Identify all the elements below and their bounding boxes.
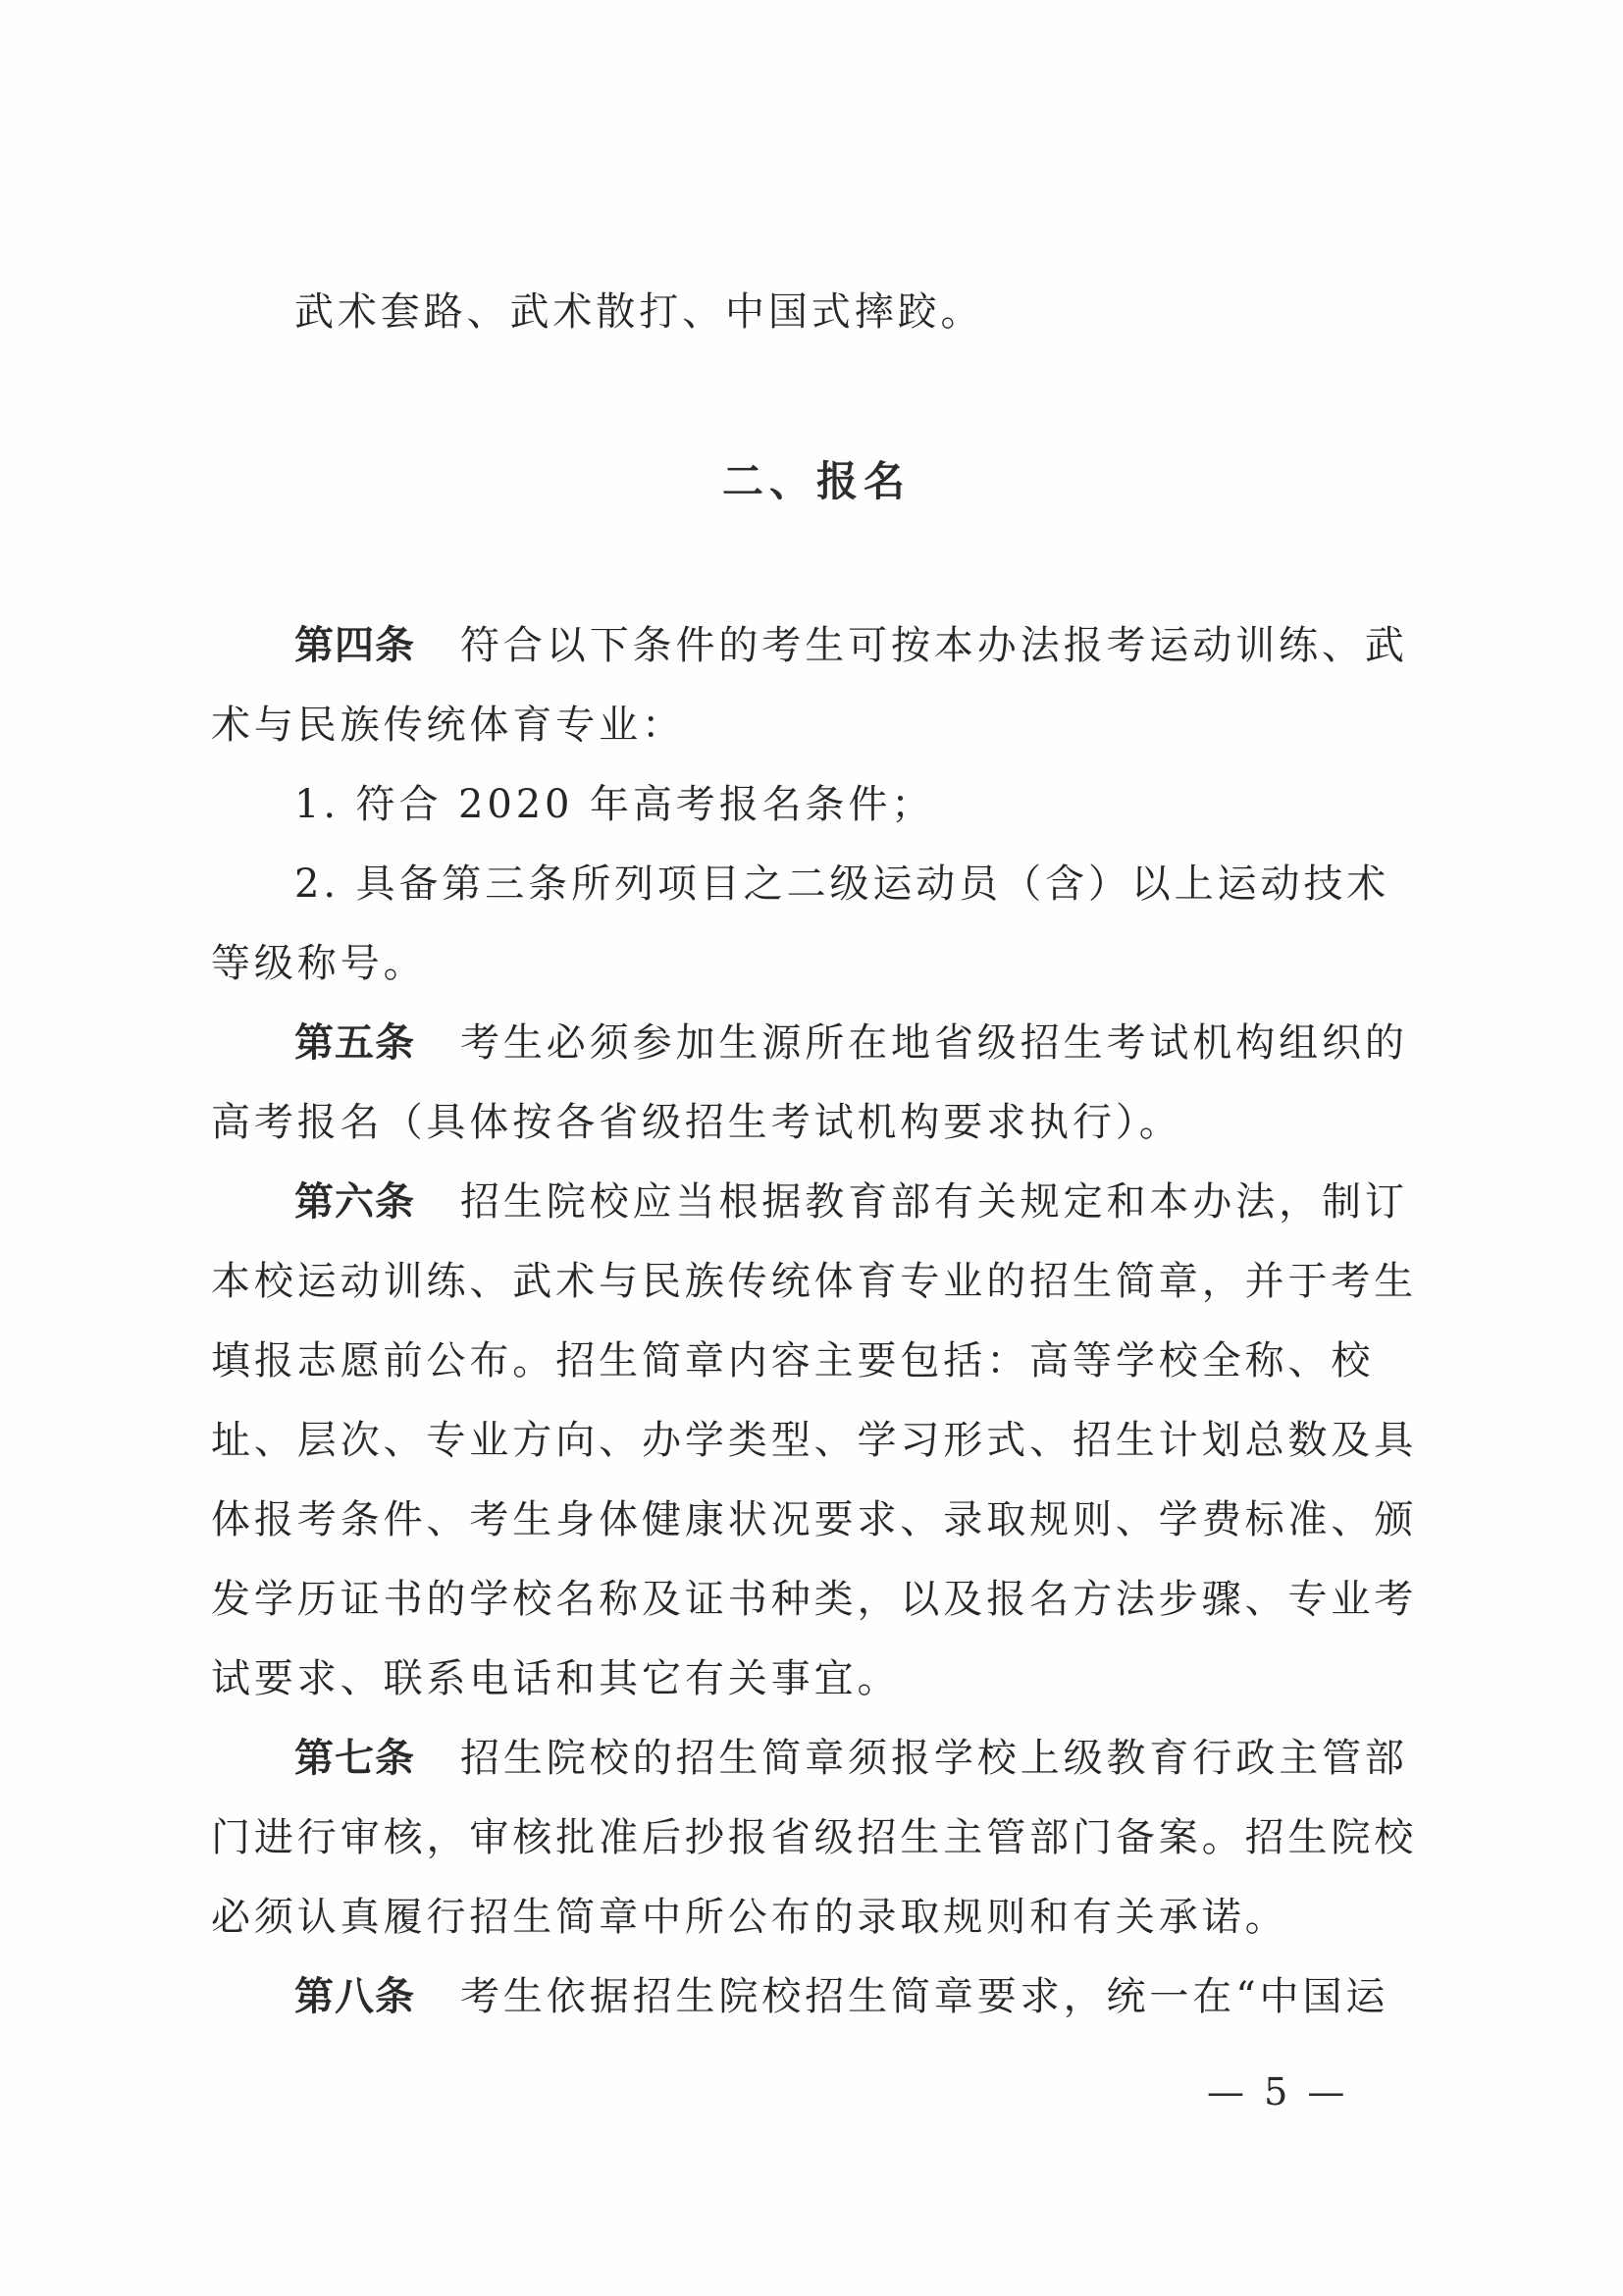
article-4-item-2-line-1: 2. 具备第三条所列项目之二级运动员（含）以上运动技术 (294, 860, 1418, 909)
article-6-line-1: 第六条招生院校应当根据教育部有关规定和本办法，制订 (294, 1177, 1418, 1226)
section-heading: 二、报名 (0, 454, 1623, 509)
article-6-line-5: 体报考条件、考生身体健康状况要求、录取规则、学费标准、颁 (211, 1495, 1418, 1544)
article-8-text: 考生依据招生院校招生简章要求，统一在“中国运 (460, 1974, 1388, 2019)
article-4-label: 第四条 (294, 623, 415, 668)
page-number: — 5 — (1207, 2068, 1348, 2115)
article-5-line-1: 第五条考生必须参加生源所在地省级招生考试机构组织的 (294, 1018, 1418, 1068)
article-7-line-3: 必须认真履行招生简章中所公布的录取规则和有关承诺。 (211, 1893, 1418, 1942)
article-6-line-6: 发学历证书的学校名称及证书种类，以及报名方法步骤、专业考 (211, 1575, 1418, 1624)
document-page: 武术套路、武术散打、中国式摔跤。 二、报名 第四条符合以下条件的考生可按本办法报… (0, 0, 1623, 2296)
article-6-text: 招生院校应当根据教育部有关规定和本办法，制订 (460, 1179, 1408, 1225)
article-4-item-1: 1. 符合 2020 年高考报名条件； (294, 780, 1418, 829)
article-7-label: 第七条 (294, 1736, 415, 1781)
continuation-line: 武术套路、武术散打、中国式摔跤。 (294, 287, 1418, 337)
article-8-label: 第八条 (294, 1974, 415, 2019)
article-8-line-1: 第八条考生依据招生院校招生简章要求，统一在“中国运 (294, 1972, 1418, 2021)
article-4-item-2-line-2: 等级称号。 (211, 939, 1418, 988)
article-7-text: 招生院校的招生简章须报学校上级教育行政主管部 (460, 1736, 1408, 1781)
article-5-line-2: 高考报名（具体按各省级招生考试机构要求执行）。 (211, 1098, 1418, 1147)
article-4-line-2: 术与民族传统体育专业： (211, 701, 1418, 750)
article-6-line-4: 址、层次、专业方向、办学类型、学习形式、招生计划总数及具 (211, 1416, 1418, 1465)
article-7-line-1: 第七条招生院校的招生简章须报学校上级教育行政主管部 (294, 1734, 1418, 1783)
article-6-line-7: 试要求、联系电话和其它有关事宜。 (211, 1654, 1418, 1703)
article-5-text: 考生必须参加生源所在地省级招生考试机构组织的 (460, 1020, 1408, 1066)
article-7-line-2: 门进行审核，审核批准后抄报省级招生主管部门备案。招生院校 (211, 1813, 1418, 1862)
article-6-line-2: 本校运动训练、武术与民族传统体育专业的招生简章，并于考生 (211, 1257, 1418, 1306)
article-6-line-3: 填报志愿前公布。招生简章内容主要包括：高等学校全称、校 (211, 1336, 1418, 1385)
article-6-label: 第六条 (294, 1179, 415, 1225)
article-4-text: 符合以下条件的考生可按本办法报考运动训练、武 (460, 623, 1408, 668)
article-5-label: 第五条 (294, 1020, 415, 1066)
article-4-line-1: 第四条符合以下条件的考生可按本办法报考运动训练、武 (294, 621, 1418, 670)
